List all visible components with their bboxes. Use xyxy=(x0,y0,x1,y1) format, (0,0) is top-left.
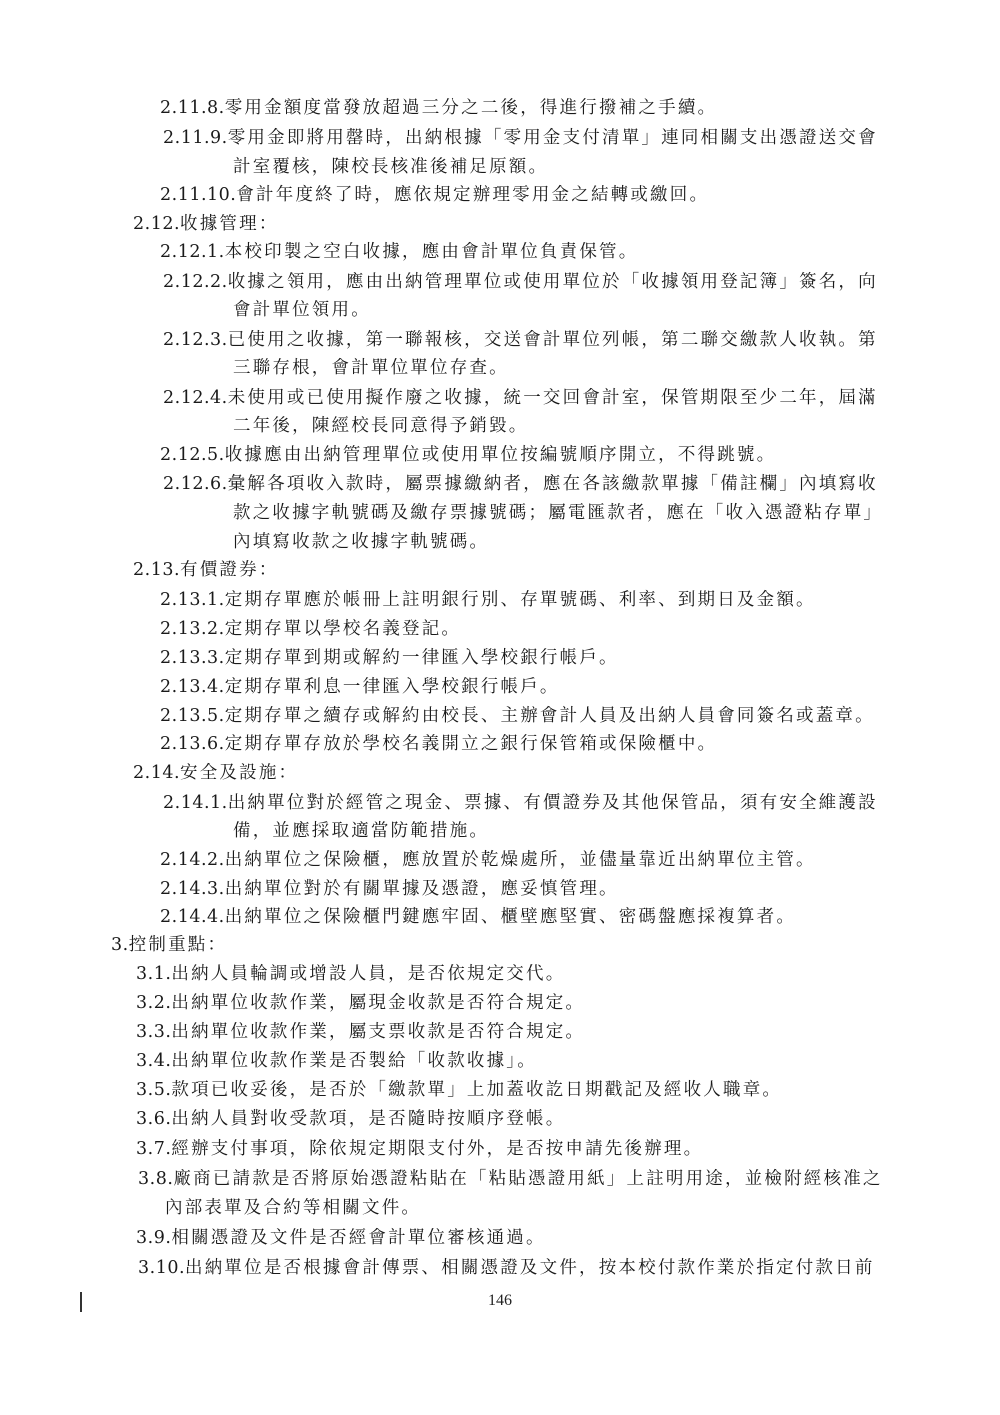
item-2-13-3: 2.13.3.定期存單到期或解約一律匯入學校銀行帳戶。 xyxy=(160,646,619,670)
item-2-12-6: 2.12.6.彙解各項收入款時，屬票據繳納者，應在各該繳款單據「備註欄」內填寫收 xyxy=(163,472,878,496)
item-2-12-2: 2.12.2.收據之領用，應由出納管理單位或使用單位於「收據領用登記簿」簽名，向 xyxy=(163,270,878,294)
item-2-12-6-cont2: 內填寫收款之收據字軌號碼。 xyxy=(233,530,489,554)
item-2-13-1: 2.13.1.定期存單應於帳冊上註明銀行別、存單號碼、利率、到期日及金額。 xyxy=(160,588,816,612)
page-number: 146 xyxy=(0,1292,1000,1310)
item-2-11-9-cont: 計室覆核，陳校長核准後補足原額。 xyxy=(233,155,548,179)
item-2-14-3: 2.14.3.出納單位對於有關單據及憑證，應妥慎管理。 xyxy=(160,877,619,901)
item-2-12-6-cont1: 款之收據字軌號碼及繳存票據號碼；屬電匯款者，應在「收入憑證粘存單」 xyxy=(233,501,883,525)
section-3-heading: 3.控制重點： xyxy=(111,933,227,957)
item-2-14-4: 2.14.4.出納單位之保險櫃門鍵應牢固、櫃壁應堅實、密碼盤應採複算者。 xyxy=(160,905,796,929)
item-3-4: 3.4.出納單位收款作業是否製給「收款收據」。 xyxy=(136,1049,537,1073)
item-2-14-1-cont: 備，並應採取適當防範措施。 xyxy=(233,819,489,843)
item-3-8-cont: 內部表單及合約等相關文件。 xyxy=(165,1196,421,1220)
item-2-11-10: 2.11.10.會計年度終了時，應依規定辦理零用金之結轉或繳回。 xyxy=(160,183,709,207)
section-2-12-heading: 2.12.收據管理： xyxy=(133,212,279,236)
item-3-1: 3.1.出納人員輪調或增設人員，是否依規定交代。 xyxy=(136,962,565,986)
item-2-11-9: 2.11.9.零用金即將用罄時，出納根據「零用金支付清單」連同相關支出憑證送交會 xyxy=(163,126,878,150)
item-3-2: 3.2.出納單位收款作業，屬現金收款是否符合規定。 xyxy=(136,991,585,1015)
item-2-14-1: 2.14.1.出納單位對於經管之現金、票據、有價證券及其他保管品，須有安全維護設 xyxy=(163,791,878,815)
item-2-12-5: 2.12.5.收據應由出納管理單位或使用單位按編號順序開立，不得跳號。 xyxy=(160,443,776,467)
item-2-12-3-cont: 三聯存根，會計單位單位存查。 xyxy=(233,356,509,380)
item-2-12-3: 2.12.3.已使用之收據，第一聯報核，交送會計單位列帳，第二聯交繳款人收執。第 xyxy=(163,328,878,352)
item-2-13-2: 2.13.2.定期存單以學校名義登記。 xyxy=(160,617,461,641)
item-2-14-2: 2.14.2.出納單位之保險櫃，應放置於乾燥處所，並儘量靠近出納單位主管。 xyxy=(160,848,816,872)
item-2-13-4: 2.13.4.定期存單利息一律匯入學校銀行帳戶。 xyxy=(160,675,560,699)
item-3-9: 3.9.相關憑證及文件是否經會計單位審核通過。 xyxy=(136,1226,546,1250)
item-2-12-4-cont: 二年後，陳經校長同意得予銷毀。 xyxy=(233,414,529,438)
item-2-13-5: 2.13.5.定期存單之續存或解約由校長、主辦會計人員及出納人員會同簽名或蓋章。 xyxy=(160,704,875,728)
item-2-13-6: 2.13.6.定期存單存放於學校名義開立之銀行保管箱或保險櫃中。 xyxy=(160,732,717,756)
item-3-8: 3.8.廠商已請款是否將原始憑證粘貼在「粘貼憑證用紙」上註明用途，並檢附經核准之 xyxy=(138,1167,883,1191)
item-2-12-1: 2.12.1.本校印製之空白收據，應由會計單位負責保管。 xyxy=(160,240,638,264)
item-3-3: 3.3.出納單位收款作業，屬支票收款是否符合規定。 xyxy=(136,1020,585,1044)
section-2-14-heading: 2.14.安全及設施： xyxy=(133,761,298,785)
item-2-11-8: 2.11.8.零用金額度當發放超過三分之二後，得進行撥補之手續。 xyxy=(160,96,717,120)
item-3-10: 3.10.出納單位是否根據會計傳票、相關憑證及文件，按本校付款作業於指定付款日前 xyxy=(138,1256,875,1280)
item-2-12-4: 2.12.4.未使用或已使用擬作廢之收據，統一交回會計室，保管期限至少二年，屆滿 xyxy=(163,386,878,410)
item-3-7: 3.7.經辦支付事項，除依規定期限支付外，是否按申請先後辦理。 xyxy=(136,1137,703,1161)
item-3-6: 3.6.出納人員對收受款項，是否隨時按順序登帳。 xyxy=(136,1107,565,1131)
section-2-13-heading: 2.13.有價證券： xyxy=(133,558,279,582)
item-2-12-2-cont: 會計單位領用。 xyxy=(233,298,371,322)
item-3-5: 3.5.款項已收妥後，是否於「繳款單」上加蓋收訖日期戳記及經收人職章。 xyxy=(136,1078,782,1102)
